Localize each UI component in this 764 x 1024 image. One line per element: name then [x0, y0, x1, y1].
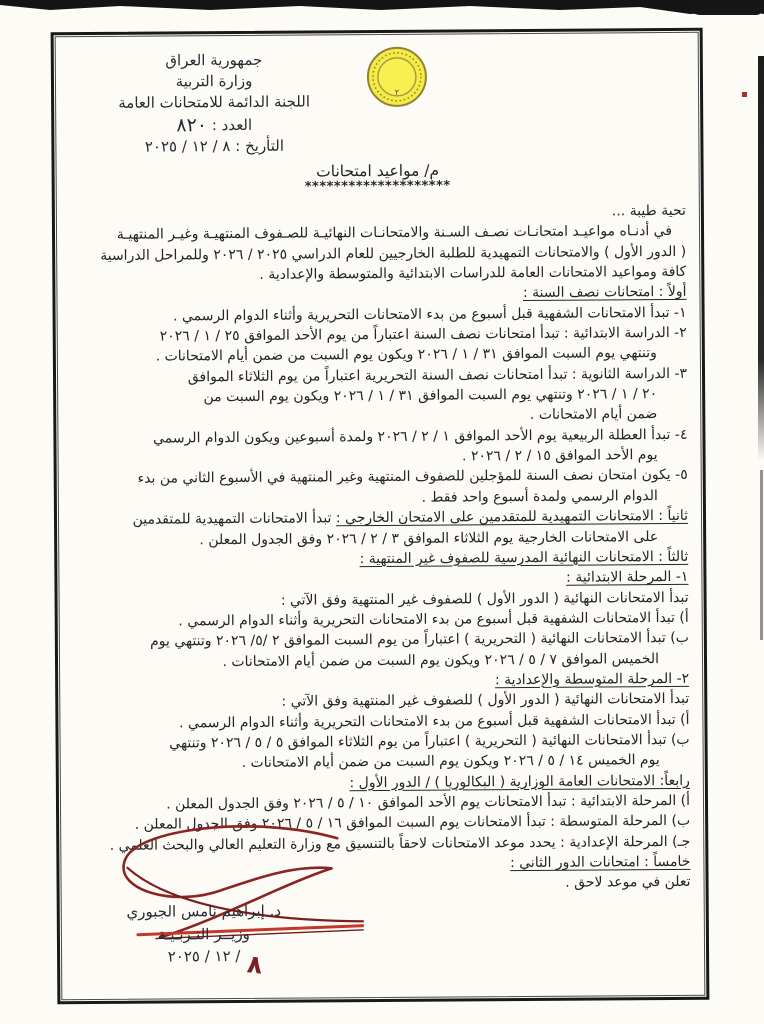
letterhead-committee: اللجنة الدائمة للامتحانات العامة [80, 91, 348, 114]
signatory-name: د. إبراهيم نامس الجبوري [82, 899, 326, 923]
svg-text:٢: ٢ [395, 88, 399, 97]
scan-right-edge-strip [758, 56, 764, 461]
letter-number-value: ٨٢٠ [176, 115, 207, 136]
signature-date: / ١٢ / ٢٠٢٥ [168, 947, 241, 966]
signature-block: د. إبراهيم نامس الجبوري وزيــر التـربـيـ… [82, 899, 326, 968]
handwritten-day-red: ٨ [246, 953, 263, 977]
letterhead-ministry: وزارة التربية [80, 70, 348, 93]
scan-red-speck [742, 92, 747, 97]
scan-top-edge-band [0, 0, 764, 16]
scan-top-right-blob [686, 0, 764, 15]
ministry-seal-icon: ٢ [366, 46, 428, 112]
letterhead: جمهورية العراق وزارة التربية اللجنة الدا… [80, 49, 349, 158]
scanned-letter-page: { "doc": { "header": { "country": "جمهور… [0, 0, 764, 1024]
letterhead-country: جمهورية العراق [80, 49, 348, 72]
letter-date-value: ٨ / ١٢ / ٢٠٢٥ [145, 137, 231, 156]
letter-body: تحية طيبة ... في أدنـاه مواعيـد امتحانـا… [73, 201, 691, 897]
section-heading-second-label: ثانياً : الامتحانات التمهيدية للمتقدمين … [336, 508, 688, 526]
letter-border-frame: جمهورية العراق وزارة التربية اللجنة الدا… [51, 28, 710, 1005]
signature-date-line: / ١٢ / ٢٠٢٥ ٨ [82, 944, 326, 968]
letter-date-label: التأريخ : [235, 137, 284, 155]
subject-block: م/ مواعيد امتحانات ******************** [55, 160, 701, 197]
letter-number-label: العدد : [212, 116, 252, 134]
signatory-title: وزيــر التـربـيـة [82, 922, 326, 946]
letter-date-line: التأريخ : ٨ / ١٢ / ٢٠٢٥ [80, 135, 348, 158]
scan-right-edge-strip-lower [760, 470, 763, 640]
letter-number-line: العدد : ٨٢٠ [80, 113, 348, 137]
body-line: تبدأ الامتحانات التمهيدية للمتقدمين [132, 510, 335, 527]
